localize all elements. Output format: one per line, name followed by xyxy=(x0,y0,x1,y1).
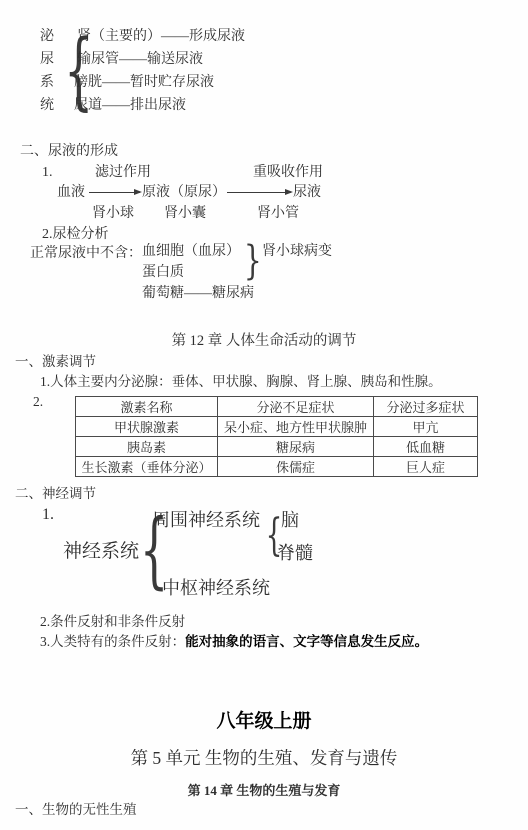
table-header-cell: 分泌不足症状 xyxy=(218,397,374,417)
table-cell: 侏儒症 xyxy=(218,457,374,477)
diagram-number: 1. xyxy=(42,504,54,526)
chapter-title: 第 12 章 人体生命活动的调节 xyxy=(0,330,528,352)
vertical-label-char: 泌 xyxy=(40,26,54,48)
table-cell: 呆小症、地方性甲状腺肿 xyxy=(218,417,374,437)
not-contain-label: 正常尿液中不含： xyxy=(30,243,142,265)
abnormal-item: 葡萄糖——糖尿病 xyxy=(142,283,254,305)
human-reflex-line: 3.人类特有的条件反射：能对抽象的语言、文字等信息发生反应。 xyxy=(40,632,428,652)
urinary-item: 输尿管——输送尿液 xyxy=(77,49,203,71)
table-cell: 甲亢 xyxy=(374,417,478,437)
notes-page: 泌 尿 系 统 { 肾（主要的）——形成尿液 输尿管——输送尿液 膀胱——暂时贮… xyxy=(0,0,528,830)
table-row: 胰岛素 糖尿病 低血糖 xyxy=(76,437,478,457)
table-cell: 糖尿病 xyxy=(218,437,374,457)
table-cell: 巨人症 xyxy=(374,457,478,477)
glands-line: 1.人体主要内分泌腺：垂体、甲状腺、胸腺、肾上腺、胰岛和性腺。 xyxy=(40,372,442,392)
reflex-line: 2.条件反射和非条件反射 xyxy=(40,612,185,632)
book-title: 八年级上册 xyxy=(0,711,528,733)
section-heading: 二、尿液的形成 xyxy=(20,141,118,163)
urinary-item: 肾（主要的）——形成尿液 xyxy=(77,26,245,48)
table-header-cell: 分泌过多症状 xyxy=(374,397,478,417)
arrow-right-icon xyxy=(89,192,140,193)
process-label-filtration: 滤过作用 xyxy=(95,162,151,184)
table-cell: 低血糖 xyxy=(374,437,478,457)
human-reflex-prefix: 3.人类特有的条件反射： xyxy=(40,634,185,649)
table-row: 生长激素（垂体分泌） 侏儒症 巨人症 xyxy=(76,457,478,477)
abnormal-item: 蛋白质 xyxy=(142,262,184,284)
structure-capsule: 肾小囊 xyxy=(164,203,206,225)
central-label: 中枢神经系统 xyxy=(162,576,270,600)
hormone-heading: 一、激素调节 xyxy=(15,352,96,372)
abnormal-item: 血细胞（血尿） xyxy=(142,241,240,263)
unit-title: 第 5 单元 生物的生殖、发育与遗传 xyxy=(0,747,528,769)
spinal-cord-label: 脊髓 xyxy=(277,541,313,565)
table-number: 2. xyxy=(33,392,43,412)
nervous-system-label: 神经系统 xyxy=(63,541,139,563)
table-header-row: 激素名称 分泌不足症状 分泌过多症状 xyxy=(76,397,478,417)
hormone-table: 激素名称 分泌不足症状 分泌过多症状 甲状腺激素 呆小症、地方性甲状腺肿 甲亢 … xyxy=(75,396,478,477)
table-cell: 胰岛素 xyxy=(76,437,218,457)
table-header-cell: 激素名称 xyxy=(76,397,218,417)
table-cell: 甲状腺激素 xyxy=(76,417,218,437)
disease-label: 肾小球病变 xyxy=(262,241,332,263)
urinary-item: 尿道——排出尿液 xyxy=(74,95,186,117)
structure-glomerulus: 肾小球 xyxy=(92,203,134,225)
vertical-label-char: 系 xyxy=(40,72,54,94)
vertical-label-char: 尿 xyxy=(40,49,54,71)
peripheral-label: 周围神经系统 xyxy=(152,508,260,532)
asexual-reproduction-heading: 一、生物的无性生殖 xyxy=(15,800,137,820)
urinary-item: 膀胱——暂时贮存尿液 xyxy=(74,72,214,94)
step-number: 1. xyxy=(42,162,53,184)
vertical-label-char: 统 xyxy=(40,95,54,117)
chapter14-title: 第 14 章 生物的生殖与发育 xyxy=(0,780,528,802)
right-brace-icon: } xyxy=(244,239,262,283)
nerve-heading: 二、神经调节 xyxy=(15,484,96,504)
structure-tubule: 肾小管 xyxy=(257,203,299,225)
table-cell: 生长激素（垂体分泌） xyxy=(76,457,218,477)
flow-urine: 尿液 xyxy=(293,182,321,204)
brain-label: 脑 xyxy=(281,508,299,532)
flow-blood: 血液 xyxy=(57,182,85,204)
human-reflex-bold: 能对抽象的语言、文字等信息发生反应。 xyxy=(185,634,428,649)
flow-filtrate: 原液（原尿） xyxy=(142,182,226,204)
table-row: 甲状腺激素 呆小症、地方性甲状腺肿 甲亢 xyxy=(76,417,478,437)
process-label-reabsorption: 重吸收作用 xyxy=(253,162,323,184)
arrow-right-icon xyxy=(227,192,291,193)
